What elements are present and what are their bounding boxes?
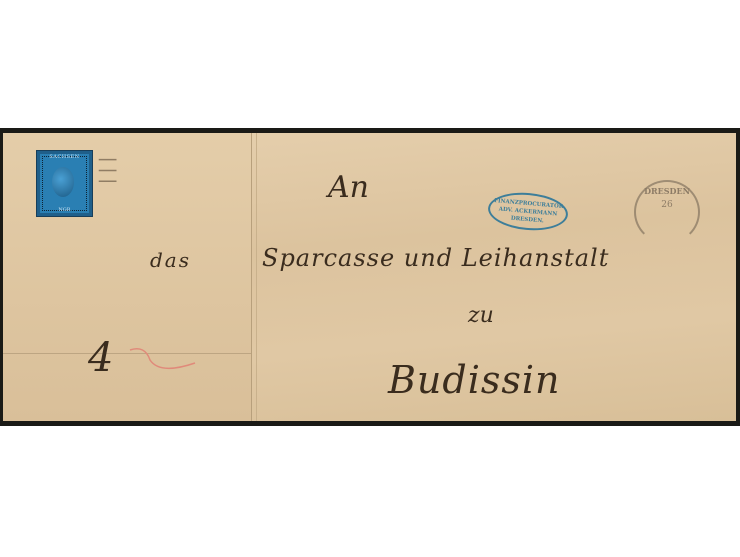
handwriting-addressee: Sparcasse und Leihanstalt	[262, 244, 609, 272]
handwriting-das: das	[150, 248, 191, 272]
stamp-top-label: SACHSEN	[37, 154, 92, 160]
handwriting-city: Budissin	[388, 358, 561, 402]
stamp-bottom-label: NGR	[37, 207, 92, 213]
handwriting-salutation: An	[328, 170, 369, 205]
handwriting-zu: zu	[468, 303, 494, 328]
red-crayon-mark	[110, 345, 200, 385]
postmark-date: 26	[636, 200, 698, 210]
postmark-town: DRESDEN	[636, 186, 698, 196]
postage-stamp: SACHSEN NGR	[36, 150, 93, 217]
circular-postmark: DRESDEN 26	[634, 180, 700, 244]
stamp-portrait	[52, 167, 74, 197]
grid-cancel-mark: |||	[98, 154, 119, 187]
fold-line-vertical	[256, 133, 257, 421]
